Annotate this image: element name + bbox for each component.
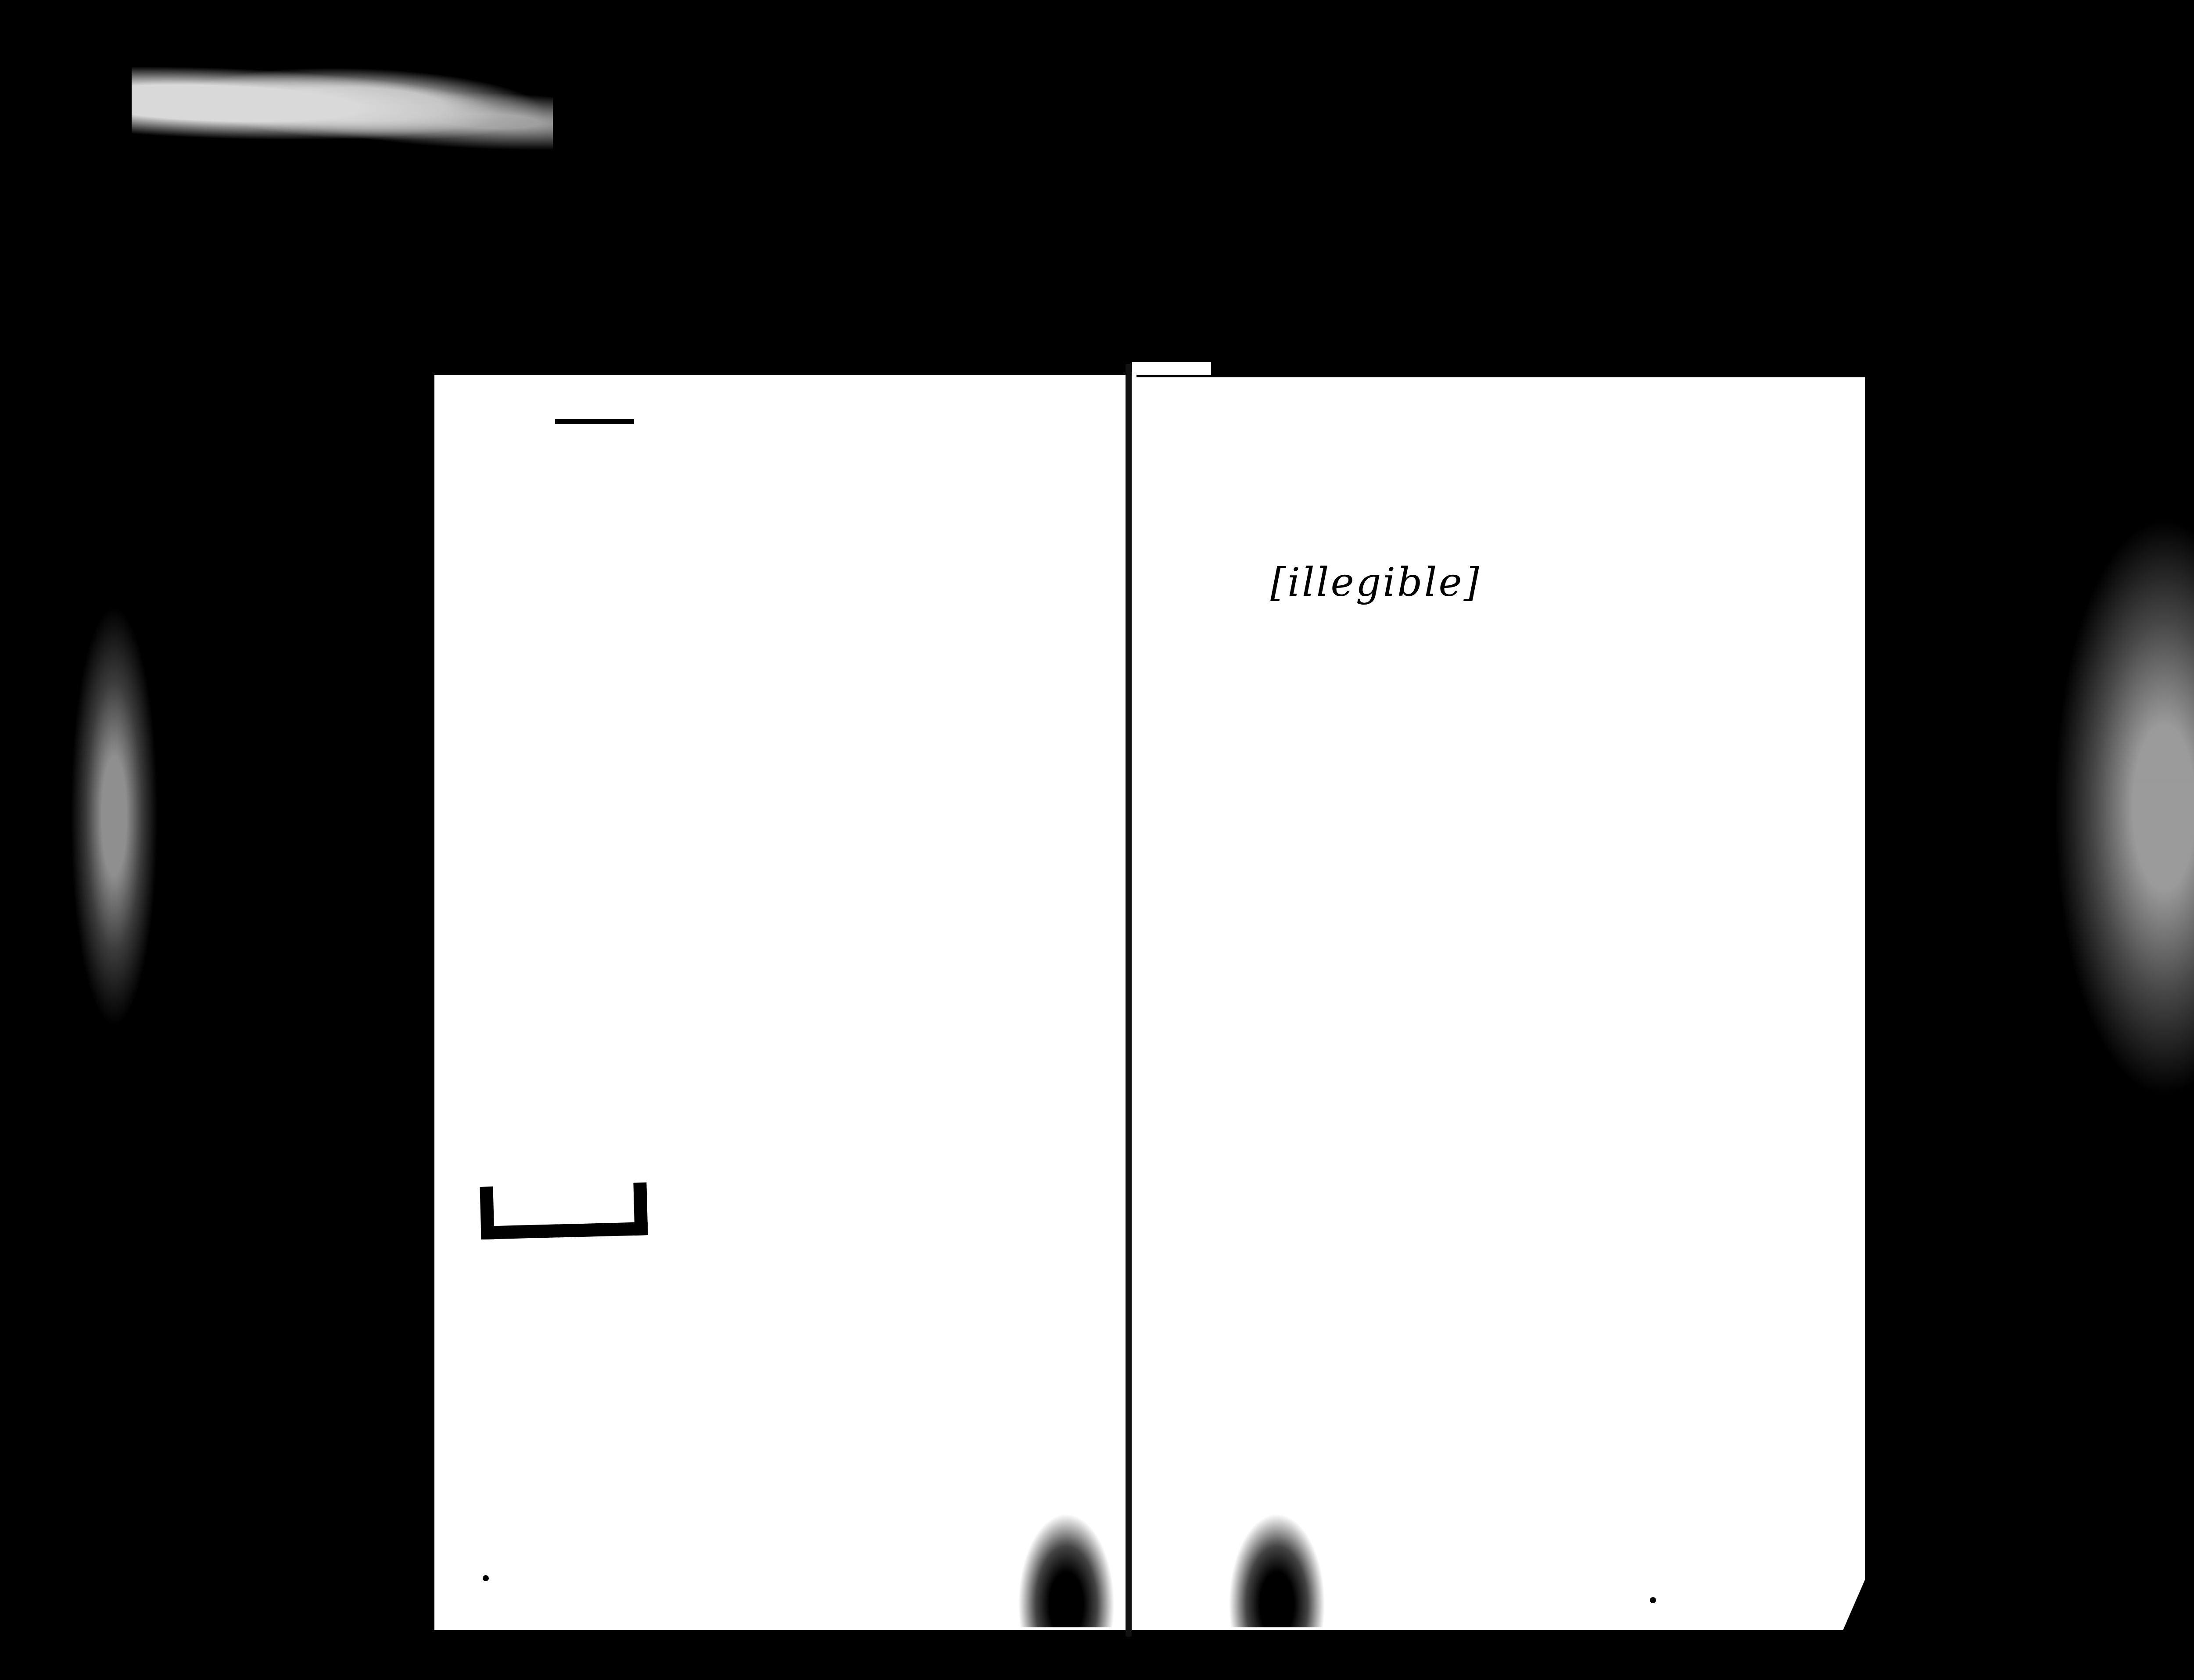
illegible-label-strip — [132, 58, 553, 157]
left-cover-glare — [70, 605, 158, 1027]
right-cover-glare — [2054, 518, 2194, 1097]
book-spine — [1126, 364, 1132, 1637]
gutter-smudge-right — [1229, 1513, 1325, 1627]
left-page — [434, 375, 1136, 1630]
right-page — [1136, 377, 1865, 1630]
left-page-dash-mark — [555, 419, 634, 424]
handwritten-note: [illegible] — [1270, 559, 1481, 605]
gutter-smudge-left — [1018, 1513, 1115, 1627]
scan-background: [illegible] — [0, 0, 2194, 1680]
speck — [483, 1575, 489, 1581]
speck — [1650, 1597, 1656, 1603]
bracket-shadow — [480, 1182, 648, 1239]
spine-top-edge — [1132, 362, 1211, 375]
